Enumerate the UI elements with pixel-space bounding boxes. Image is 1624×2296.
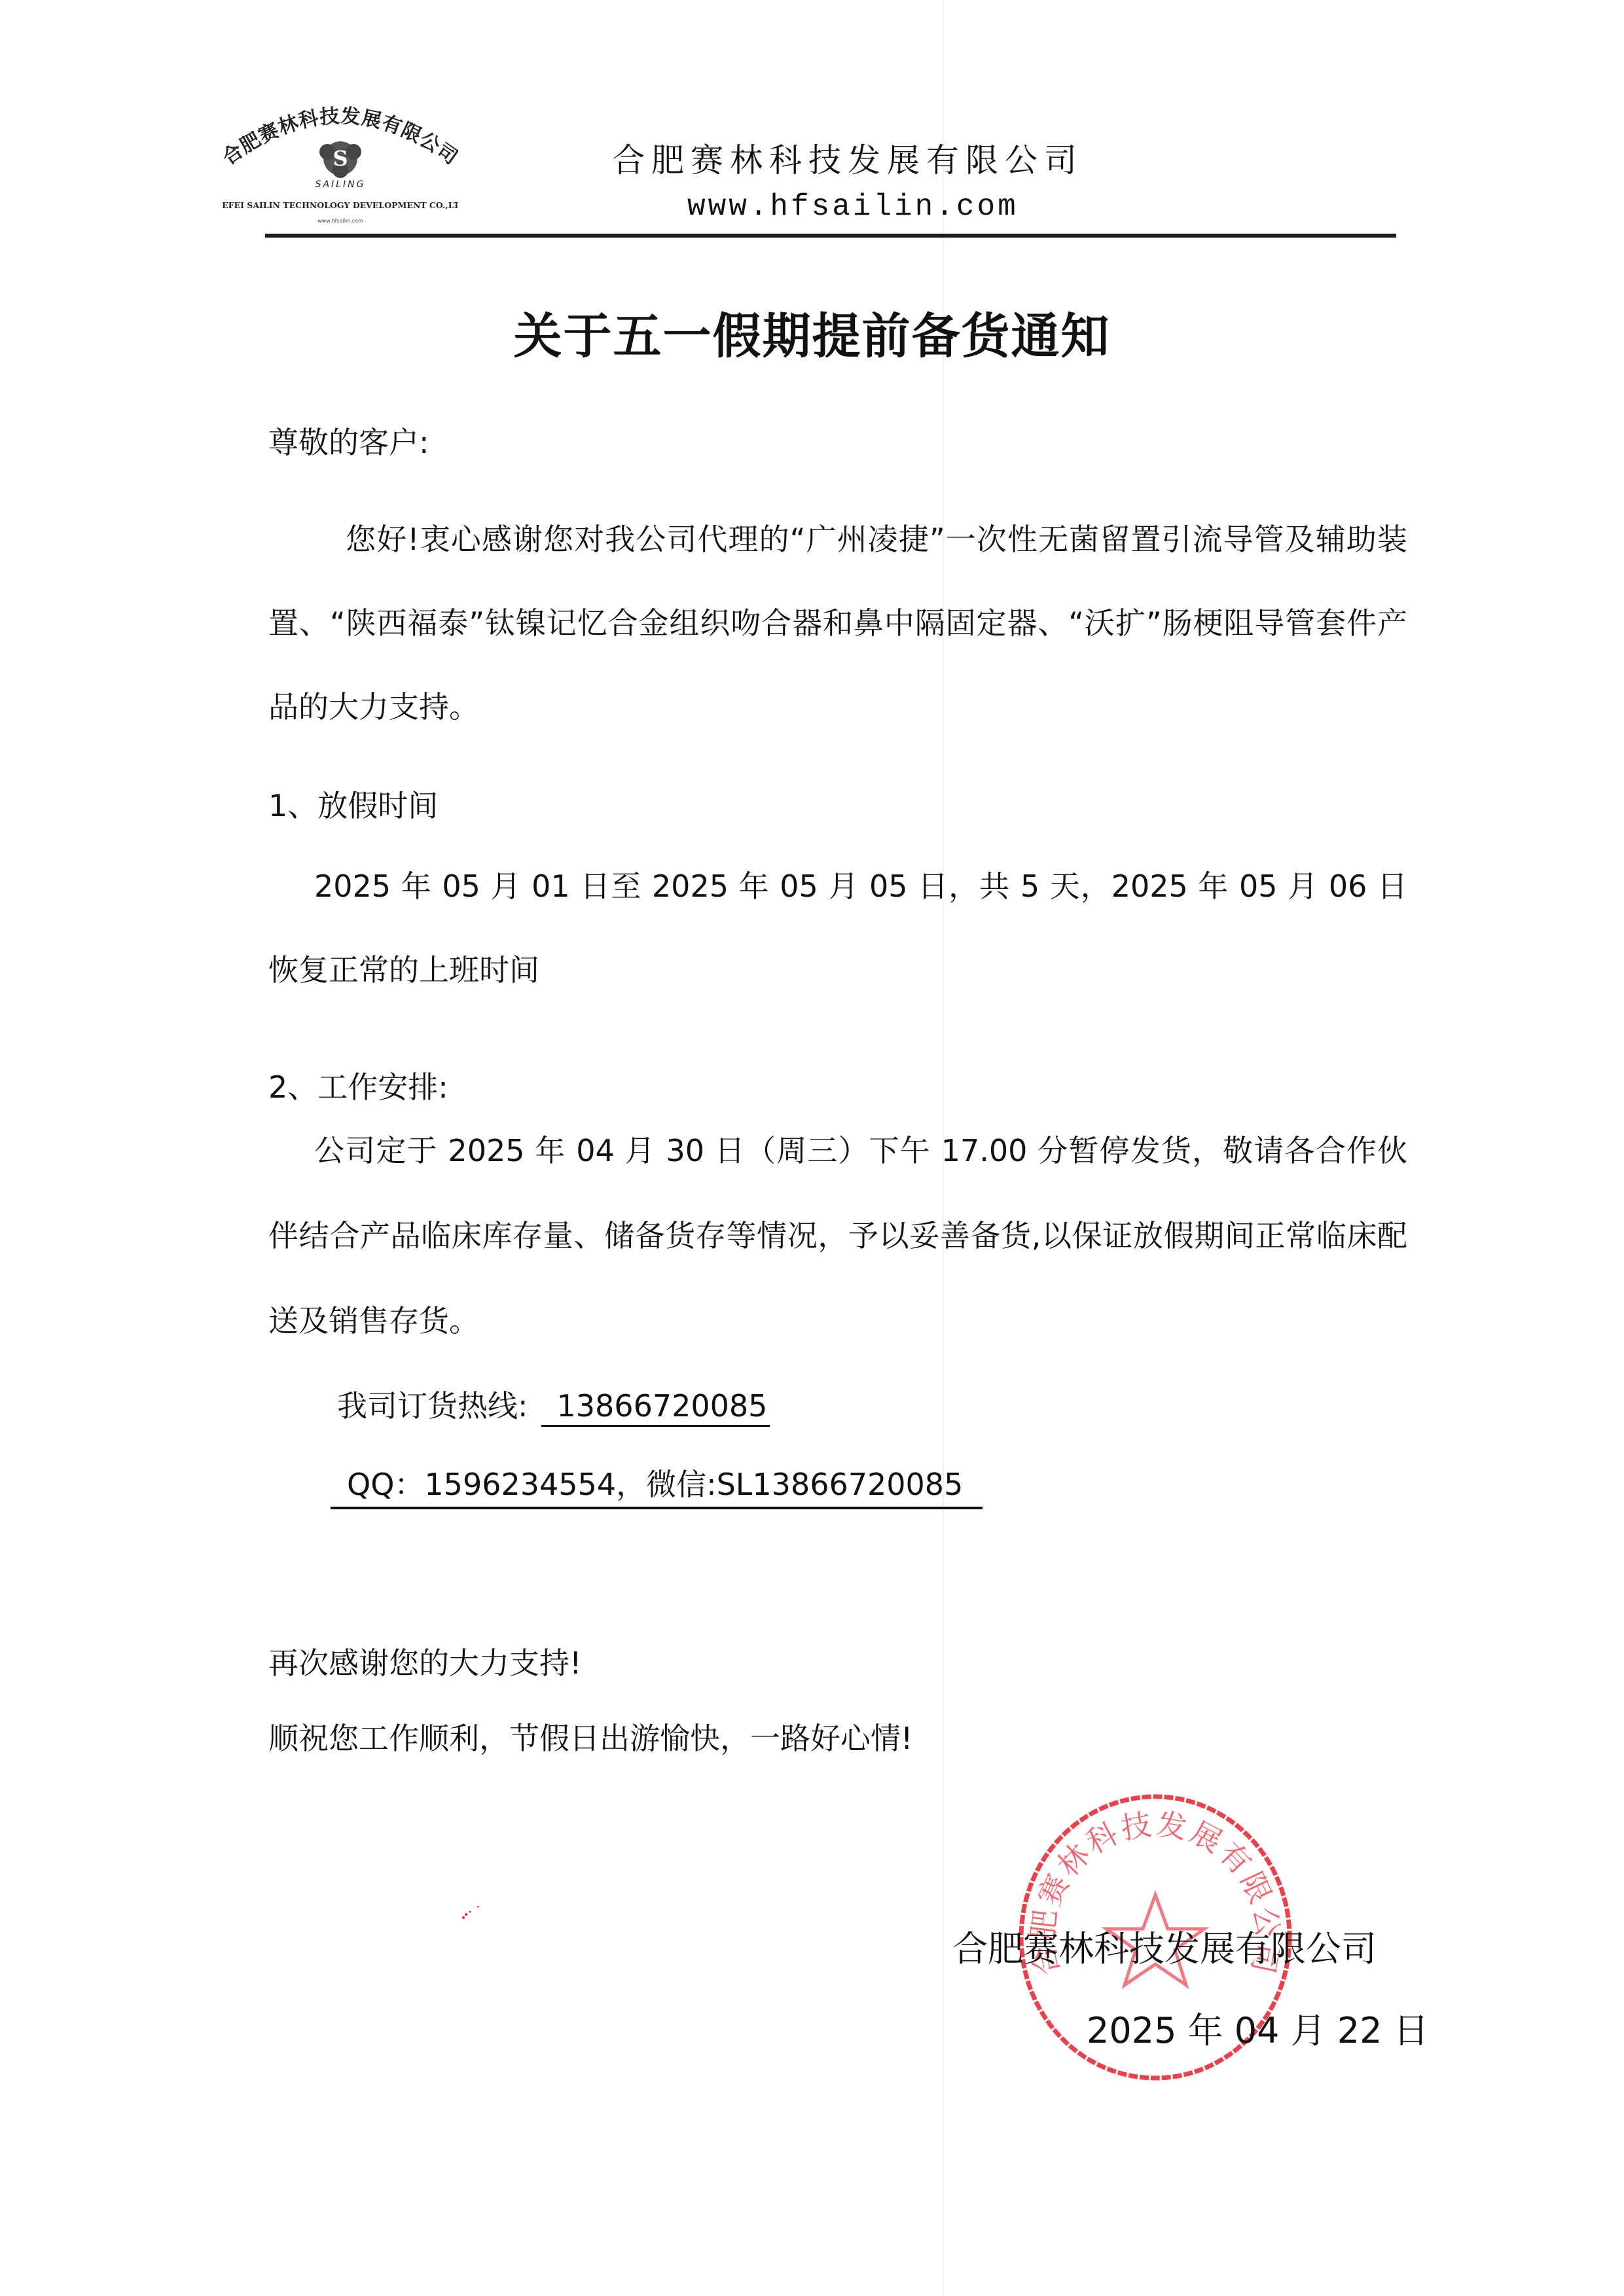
salutation: 尊敬的客户: [268,419,429,462]
section-heading-work: 2、工作安排: [268,1064,448,1107]
qq-wechat-line: QQ：1596234554，微信:SL13866720085 [331,1461,983,1509]
sailing-emblem-icon: S [319,141,361,178]
section-body-holiday: 2025 年 05 月 01 日至 2025 年 05 月 05 日，共 5 天… [268,844,1407,1012]
intro-paragraph: 您好!衷心感谢您对我公司代理的“广州凌捷”一次性无菌留置引流导管及辅助装置、“陕… [268,497,1407,749]
hotline-label: 我司订货热线: [337,1388,528,1424]
logo-small-url: www.hfsailin.com [317,218,363,224]
document-title: 关于五一假期提前备货通知 [0,298,1624,367]
signature-company: 合肥赛林科技发展有限公司 [952,1921,1377,1971]
hotline-number: 13866720085 [541,1388,770,1427]
logo-brand: SAILING [316,179,366,190]
section-body-work: 公司定于 2025 年 04 月 30 日（周三）下午 17.00 分暂停发货，… [268,1108,1407,1363]
header-divider [265,234,1396,238]
closing-thanks: 再次感谢您的大力支持! [268,1640,581,1683]
red-ink-speck [458,1901,484,1921]
section-heading-holiday: 1、放假时间 [268,782,438,825]
logo-english-name: HEFEI SAILIN TECHNOLOGY DEVELOPMENT CO.,… [223,200,458,210]
closing-wishes: 顺祝您工作顺利，节假日出游愉快，一路好心情! [268,1715,912,1758]
company-logo: 合肥赛林科技发展有限公司 S SAILING HEFEI SAILIN TECH… [223,98,458,229]
hotline-line: 我司订货热线:13866720085 [337,1382,770,1427]
header-website: www.hfsailin.com [687,190,1019,224]
signature-date: 2025 年 04 月 22 日 [1087,2003,1429,2053]
svg-text:S: S [333,146,348,171]
header-company-name: 合肥赛林科技发展有限公司 [612,134,1083,181]
